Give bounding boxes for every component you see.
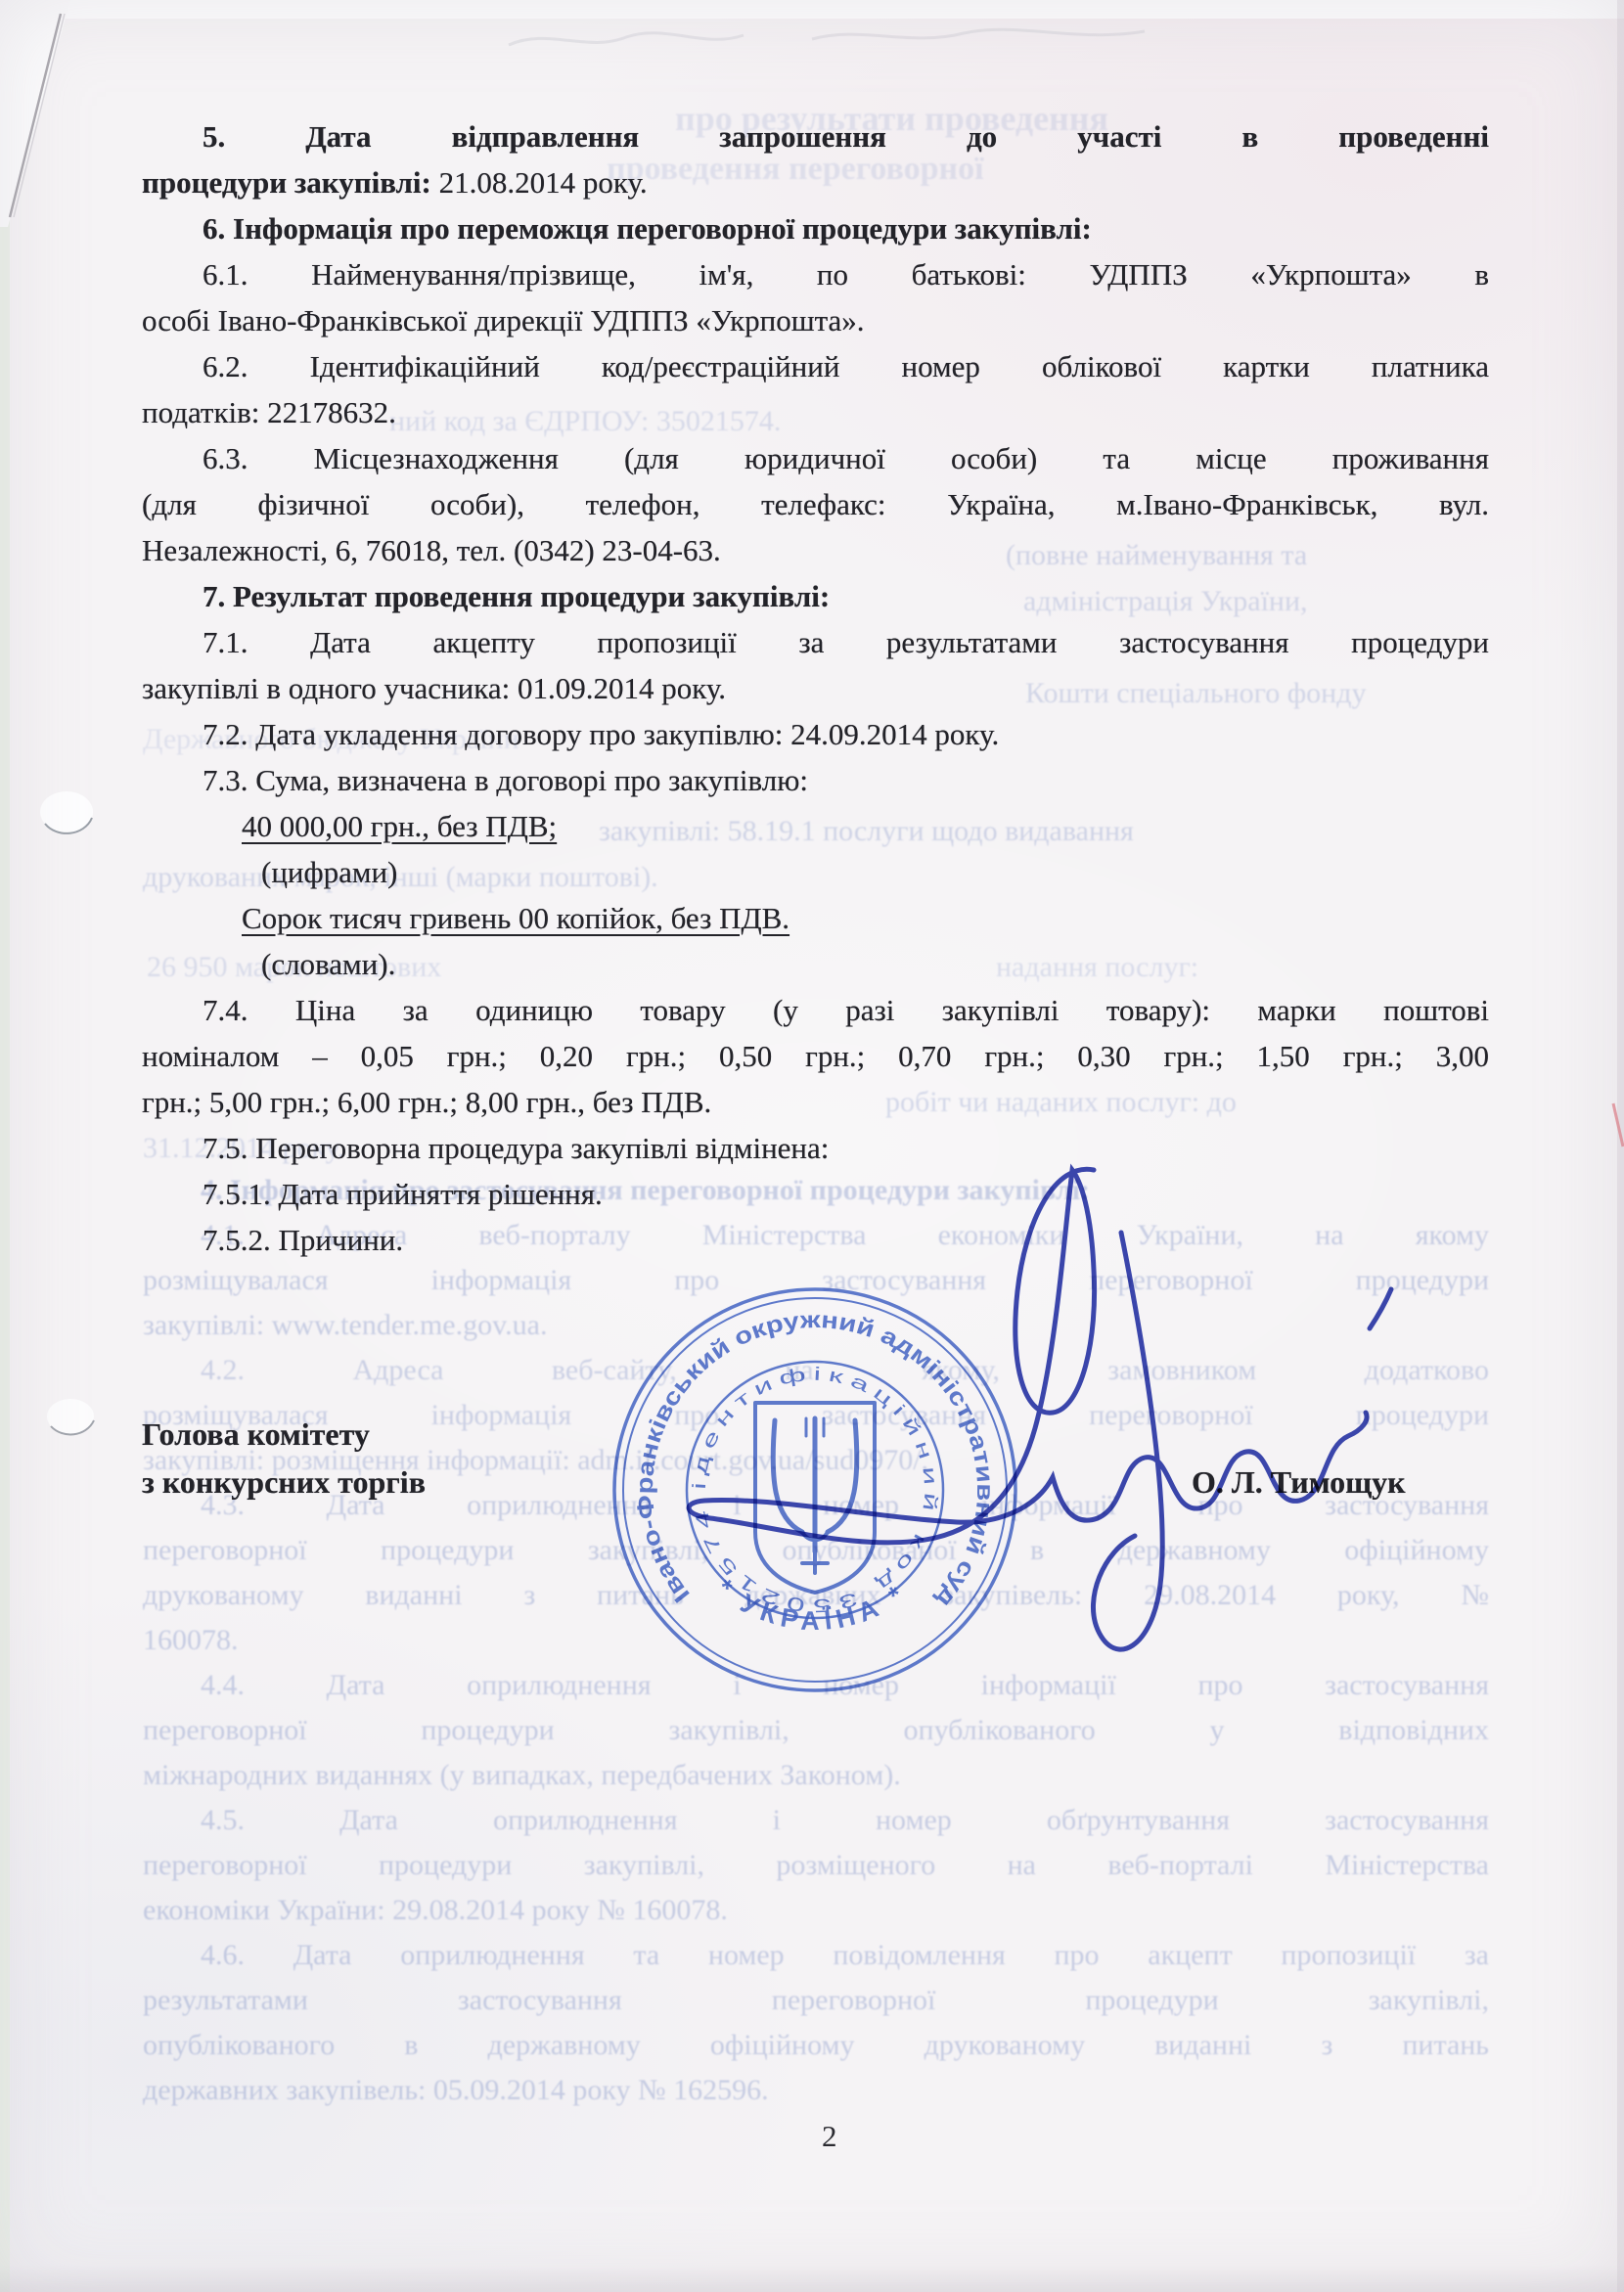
whiteout-mark bbox=[40, 791, 93, 833]
document-line: 7.5.1. Дата прийняття рішення. bbox=[142, 1173, 1489, 1216]
document-line: Сорок тисяч гривень 00 копійок, без ПДВ. bbox=[142, 897, 1489, 940]
document-line: податків: 22178632. bbox=[142, 391, 1489, 434]
signer-name: О. Л. Тимощук bbox=[1192, 1464, 1406, 1501]
document-line: 6.2. Ідентифікаційний код/реєстраційний … bbox=[142, 345, 1489, 388]
document-line: 7.5. Переговорна процедура закупівлі від… bbox=[142, 1127, 1489, 1170]
page-number: 2 bbox=[822, 2119, 837, 2154]
document-line: грн.; 5,00 грн.; 6,00 грн.; 8,00 грн., б… bbox=[142, 1081, 1489, 1124]
signature-role-line2: з конкурсних торгів bbox=[142, 1464, 426, 1501]
document-line: 6.1. Найменування/прізвище, ім'я, по бат… bbox=[142, 253, 1489, 296]
document-line: номіналом – 0,05 грн.; 0,20 грн.; 0,50 г… bbox=[142, 1035, 1489, 1078]
document-line: 7. Результат проведення процедури закупі… bbox=[142, 575, 1489, 618]
document-line: процедури закупівлі: 21.08.2014 року. bbox=[142, 161, 1489, 204]
whiteout-mark bbox=[47, 1399, 94, 1434]
scan-edge-left bbox=[0, 0, 10, 2292]
document-line: 7.2. Дата укладення договору про закупів… bbox=[142, 713, 1489, 756]
document-line: 6.3. Місцезнаходження (для юридичної осо… bbox=[142, 437, 1489, 480]
document-line: особі Івано-Франківської дирекції УДППЗ … bbox=[142, 299, 1489, 342]
document-line: 7.5.2. Причини. bbox=[142, 1219, 1489, 1262]
document-line: (цифрами) bbox=[142, 851, 1489, 894]
document-line: закупівлі в одного учасника: 01.09.2014 … bbox=[142, 667, 1489, 710]
scan-edge-right bbox=[1617, 0, 1624, 2292]
document-line: 40 000,00 грн., без ПДВ; bbox=[142, 805, 1489, 848]
document-line: (для фізичної особи), телефон, телефакс:… bbox=[142, 483, 1489, 526]
scanned-document-page: про результати проведенняпроведення пере… bbox=[0, 0, 1624, 2292]
signature-role-line1: Голова комітету bbox=[142, 1416, 370, 1453]
document-line: Незалежності, 6, 76018, тел. (0342) 23-0… bbox=[142, 529, 1489, 572]
document-text-layer: 5. Дата відправлення запрошення до участ… bbox=[142, 0, 1489, 2292]
document-line: 7.3. Сума, визначена в договорі про заку… bbox=[142, 759, 1489, 802]
document-line: 6. Інформація про переможця переговорної… bbox=[142, 207, 1489, 250]
fold-crease-line bbox=[10, 14, 61, 217]
document-line: 7.4. Ціна за одиницю товару (у разі заку… bbox=[142, 989, 1489, 1032]
document-line: 5. Дата відправлення запрошення до участ… bbox=[142, 115, 1489, 158]
document-line: (словами). bbox=[142, 943, 1489, 986]
corner-fold-highlight bbox=[0, 0, 70, 227]
document-line: 7.1. Дата акцепту пропозиції за результа… bbox=[142, 621, 1489, 664]
